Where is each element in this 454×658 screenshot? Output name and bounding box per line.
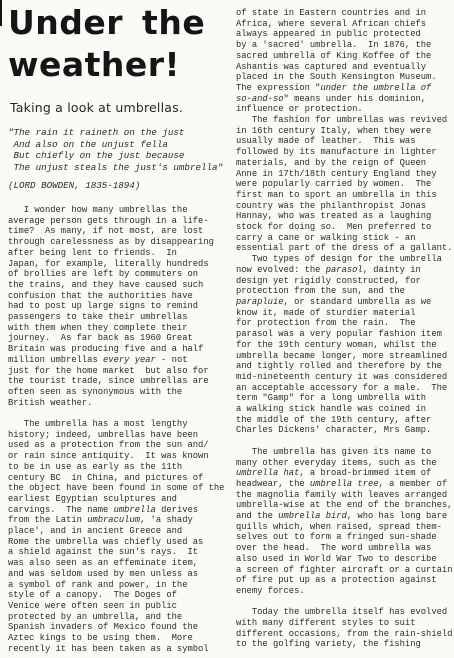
quote-attribution: (LORD BOWDEN, 1835-1894) [8, 180, 234, 191]
text-line: so-and-so" means under his dominion, [236, 94, 454, 105]
text-line: carry a cane or walking stick - an [236, 233, 454, 244]
right-column-text: of state in Eastern countries and inAfri… [236, 8, 454, 650]
quote-block: "The rain it raineth on the just And als… [8, 127, 234, 173]
text-line: umbrella-wise at the end of the branches… [236, 500, 454, 511]
text-line: had to post up large signs to remind [8, 301, 234, 312]
text-line: many other everyday items, such as the [236, 458, 454, 469]
paragraph: The umbrella has a most lengthyhistory; … [8, 419, 234, 654]
text-line: or rain since antiquity. It was known [8, 451, 234, 462]
text-line: with them when they complete their [8, 323, 234, 334]
text-line: journey. As far back as 1960 Great [8, 333, 234, 344]
text-line: passengers to take their umbrellas [8, 312, 234, 323]
text-line: country was the philanthropist Jonas [236, 201, 454, 212]
text-line: protected by an umbrella, and the [8, 612, 234, 623]
paragraph: I wonder how many umbrellas theaverage p… [8, 205, 234, 408]
text-line: The umbrella has given its name to [236, 447, 454, 458]
text-line: first man to sport an umbrella in this [236, 190, 454, 201]
text-line: the magnolia family with leaves arranged [236, 490, 454, 501]
text-line: million umbrellas every year - not [8, 355, 234, 366]
text-line: and tightly rolled and therefore by the [236, 361, 454, 372]
text-line: usually made of leather. This was [236, 136, 454, 147]
paragraph: of state in Eastern countries and inAfri… [236, 8, 454, 115]
paragraph: Today the umbrella itself has evolvedwit… [236, 607, 454, 650]
text-line: just for the home market but also for [8, 366, 234, 377]
text-line: now evolved: the parasol, dainty in [236, 265, 454, 276]
text-line: to be in use as early as the 11th [8, 462, 234, 473]
text-line: the trains, and they have caused such [8, 280, 234, 291]
text-line: with many different styles to suit [236, 618, 454, 629]
text-line: a symbol of rank and power, in the [8, 580, 234, 591]
text-line: time? As many, if not most, are lost [8, 226, 234, 237]
text-line: Spanish invaders of Mexico found the [8, 622, 234, 633]
text-line: recently it has been taken as a symbol [8, 644, 234, 655]
text-line: selves out to form a fringed sun-shade [236, 532, 454, 543]
text-line: in 16th century Italy, when they were [236, 126, 454, 137]
text-line: British weather. [8, 398, 234, 409]
text-line: carvings. The name umbrella derives [8, 505, 234, 516]
text-line: materials, and by the reign of Queen [236, 158, 454, 169]
text-line: after being lent to friends. In [8, 248, 234, 259]
right-column: of state in Eastern countries and inAfri… [236, 8, 454, 650]
text-line: Anne in 17th/18th century England they [236, 169, 454, 180]
text-line: design yet rigidly constructed, for [236, 276, 454, 287]
text-line: was also seen as an effeminate item, [8, 558, 234, 569]
text-line: through carelessness as by disappearing [8, 237, 234, 248]
text-line: The unjust steals the just's umbrella" [8, 162, 234, 174]
text-line: Britain was producing five and a half [8, 344, 234, 355]
text-line: and the umbrella bird, who has long bare [236, 511, 454, 522]
text-line: The fashion for umbrellas was revived [236, 115, 454, 126]
text-line: the object have been found in some of th… [8, 483, 234, 494]
text-line: parapluie, or standard umbrella as we [236, 297, 454, 308]
text-line: sacred umbrella of King Koffee of the [236, 51, 454, 62]
text-line: know it, made of sturdier material [236, 308, 454, 319]
text-line: influence or protection. [236, 104, 454, 115]
text-line: stock for doing so. Men preferred to [236, 222, 454, 233]
text-line: an acceptable accessory for a male. The [236, 383, 454, 394]
text-line: And also on the unjust fella [8, 139, 234, 151]
text-line: term "Gamp" for a long umbrella with [236, 393, 454, 404]
text-line: history; indeed, umbrellas have been [8, 430, 234, 441]
left-column: Under the weather! Taking a look at umbr… [8, 0, 234, 655]
page-subtitle: Taking a look at umbrellas. [10, 100, 234, 115]
text-line: also used in World War Two to describe [236, 554, 454, 565]
page-title-line-1: Under the [8, 3, 205, 42]
text-line: headwear, the umbrella tree, a member of [236, 479, 454, 490]
text-line: often seen as synonymous with the [8, 387, 234, 398]
paragraph: Two types of design for the umbrellanow … [236, 254, 454, 436]
text-line: Venice were often seen in public [8, 601, 234, 612]
text-line: Two types of design for the umbrella [236, 254, 454, 265]
text-line: to the golfing variety, the fishing [236, 639, 454, 650]
text-line: a walking stick handle was coined in [236, 404, 454, 415]
text-line: Rome the umbrella was chiefly used as [8, 537, 234, 548]
text-line: quills which, when raised, spread them- [236, 522, 454, 533]
text-line: and was seldom used by men unless as [8, 569, 234, 580]
text-line: place', and in ancient Greece and [8, 526, 234, 537]
text-line: over the head. The word umbrella was [236, 543, 454, 554]
text-line: protection from the sun, and the [236, 286, 454, 297]
text-line: umbrella became longer, more streamlined [236, 351, 454, 362]
text-line: for protection from the rain. The [236, 318, 454, 329]
text-line: of brollies are left by commuters on [8, 269, 234, 280]
text-line: Ashantis was captured and eventually [236, 62, 454, 73]
text-line: century BC in China, and pictures of [8, 473, 234, 484]
paragraph: The umbrella has given its name tomany o… [236, 447, 454, 597]
text-line: mid-nineteenth century it was considered [236, 372, 454, 383]
text-line: of state in Eastern countries and in [236, 8, 454, 19]
text-line: I wonder how many umbrellas the [8, 205, 234, 216]
text-line: The expression "under the umbrella of [236, 83, 454, 94]
left-column-text: I wonder how many umbrellas theaverage p… [8, 205, 234, 655]
paragraph: "The rain it raineth on the just And als… [8, 127, 234, 173]
text-line: essential part of the dress of a gallant… [236, 243, 454, 254]
text-line: "The rain it raineth on the just [8, 127, 234, 139]
page-title-line-2: weather! [8, 45, 180, 84]
text-line: earliest Egyptian sculptures and [8, 494, 234, 505]
text-line: from the Latin umbraculum, 'a shady [8, 515, 234, 526]
text-line: placed in the South Kensington Museum. [236, 72, 454, 83]
text-line: of fire put up as a protection against [236, 575, 454, 586]
text-line: style of a canopy. The Doges of [8, 590, 234, 601]
text-line: Charles Dickens' character, Mrs Gamp. [236, 425, 454, 436]
text-line: Africa, where several African chiefs [236, 19, 454, 30]
page-title: Under the weather! [8, 2, 234, 86]
text-line: average person gets through in a life- [8, 216, 234, 227]
text-line: always appeared in public protected [236, 29, 454, 40]
text-line: Today the umbrella itself has evolved [236, 607, 454, 618]
text-line: umbrella hat, a broad-brimmed item of [236, 468, 454, 479]
text-line: enemy forces. [236, 586, 454, 597]
text-line: a shield against the sun's rays. It [8, 547, 234, 558]
text-line: a screen of fighter aircraft or a curtai… [236, 565, 454, 576]
paragraph: The fashion for umbrellas was revivedin … [236, 115, 454, 254]
text-line: parasol was a very popular fashion item [236, 329, 454, 340]
text-line: the middle of the 19th century, after [236, 415, 454, 426]
text-line: The umbrella has a most lengthy [8, 419, 234, 430]
text-line: by a 'sacred' umbrella. In 1876, the [236, 40, 454, 51]
text-line: used as a protection from the sun and/ [8, 440, 234, 451]
text-line: the tourist trade, since umbrellas are [8, 376, 234, 387]
text-line: different occasions, from the rain-shiel… [236, 629, 454, 640]
text-line: Aztec kings to be using them. More [8, 633, 234, 644]
text-line: But chiefly on the just because [8, 150, 234, 162]
scan-edge-artifact [0, 0, 2, 26]
text-line: followed by its manufacture in lighter [236, 147, 454, 158]
text-line: for the 19th century woman, whilst the [236, 340, 454, 351]
text-line: Japan, for example, literally hundreds [8, 259, 234, 270]
text-line: confusion that the authorities have [8, 291, 234, 302]
text-line: were popularly carried by women. The [236, 179, 454, 190]
text-line: Hannay, who was treated as a laughing [236, 211, 454, 222]
